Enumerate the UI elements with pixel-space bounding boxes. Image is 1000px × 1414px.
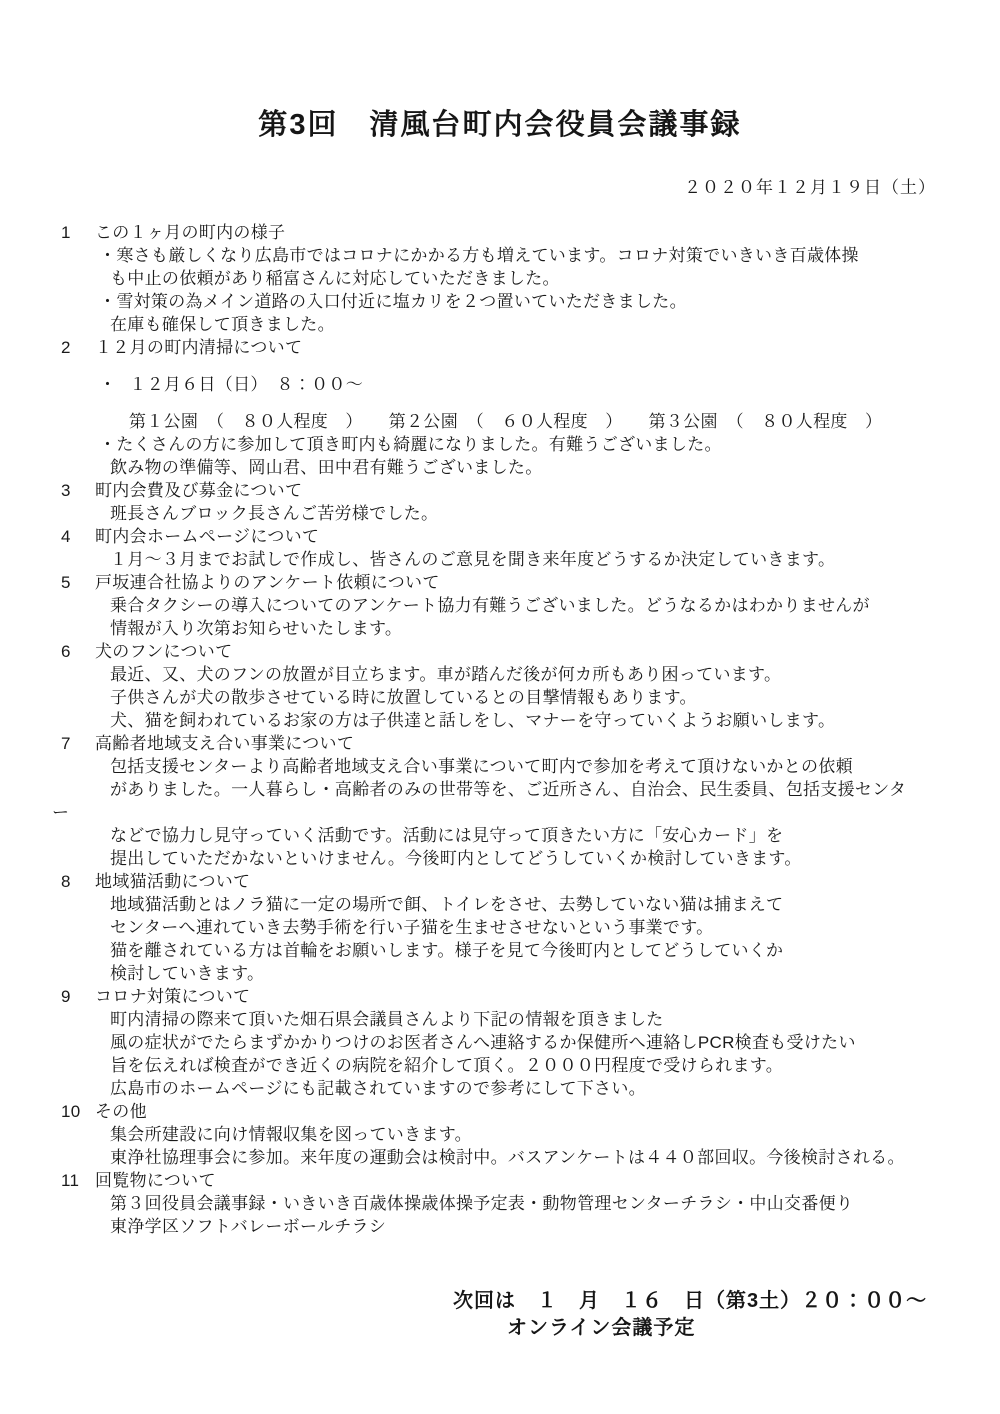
next-meeting-footer: 次回は １ 月 １６ 日（第3土）２０：００～ オンライン会議予定 <box>0 1288 1000 1342</box>
section: 8地域猫活動について地域猫活動とはノラ猫に一定の場所で餌、トイレをさせ、去勢して… <box>0 870 1000 985</box>
section-heading: 8地域猫活動について <box>0 870 1000 893</box>
section-title: 戸坂連合社協よりのアンケート依頼について <box>95 573 440 592</box>
section: 6犬のフンについて最近、又、犬のフンの放置が目立ちます。車が踏んだ後が何カ所もあ… <box>0 640 1000 732</box>
section-heading: 6犬のフンについて <box>0 640 1000 663</box>
section-line: 第３回役員会議事録・いきいき百歳体操歳体操予定表・動物管理センターチラシ・中山交… <box>0 1192 1000 1215</box>
line-text: 東浄学区ソフトバレーボールチラシ <box>110 1217 386 1236</box>
section-title: コロナ対策について <box>95 987 250 1006</box>
bullet-icon: ・ <box>99 375 116 394</box>
section-number: 6 <box>61 640 95 663</box>
line-text: 町内清掃の際来て頂いた畑石県会議員さんより下記の情報を頂きました <box>110 1010 664 1029</box>
section-number: 5 <box>61 571 95 594</box>
section-number: 11 <box>61 1169 95 1192</box>
section-line: 包括支援センターより高齢者地域支え合い事業について町内で参加を考えて頂けないかと… <box>0 755 1000 778</box>
line-text: 子供さんが犬の散歩させている時に放置しているとの目撃情報もあります。 <box>110 688 697 707</box>
section-line: も中止の依頼があり稲富さんに対応していただきました。 <box>0 267 1000 290</box>
line-text: 広島市のホームページにも記載されていますので参考にして下さい。 <box>110 1079 646 1098</box>
section-title: １２月の町内清掃について <box>95 338 302 357</box>
section-line: 乗合タクシーの導入についてのアンケート協力有難うございました。どうなるかはわかり… <box>0 594 1000 617</box>
section-title: 地域猫活動について <box>95 872 250 891</box>
section: 5戸坂連合社協よりのアンケート依頼について乗合タクシーの導入についてのアンケート… <box>0 571 1000 640</box>
document-body: 1この１ヶ月の町内の様子・寒さも厳しくなり広島市ではコロナにかかる方も増えていま… <box>0 221 1000 1238</box>
line-text: 情報が入り次第お知らせいたします。 <box>110 619 402 638</box>
section-line: ー <box>0 801 1000 824</box>
line-text: 飲み物の準備等、岡山君、田中君有難うございました。 <box>110 458 543 477</box>
line-text: 第３回役員会議事録・いきいき百歳体操歳体操予定表・動物管理センターチラシ・中山交… <box>110 1194 853 1213</box>
section-line: １月～３月までお試しで作成し、皆さんのご意見を聞き来年度どうするか決定していきま… <box>0 548 1000 571</box>
line-text: 集会所建設に向け情報収集を図っていきます。 <box>110 1125 472 1144</box>
section-line: 情報が入り次第お知らせいたします。 <box>0 617 1000 640</box>
line-text: たくさんの方に参加して頂き町内も綺麗になりました。有難うございました。 <box>116 435 722 454</box>
section-line: 検討していきます。 <box>0 962 1000 985</box>
line-text: 提出していただかないといけません。今後町内としてどうしていくか検討していきます。 <box>110 849 802 868</box>
section-line: ・１２月６日（日） ８：００～ <box>0 373 1000 396</box>
bullet-icon: ・ <box>99 246 116 265</box>
section-line: 東浄社協理事会に参加。来年度の運動会は検討中。バスアンケートは４４０部回収。今後… <box>0 1146 1000 1169</box>
section: 9コロナ対策について町内清掃の際来て頂いた畑石県会議員さんより下記の情報を頂きま… <box>0 985 1000 1100</box>
section-line: 飲み物の準備等、岡山君、田中君有難うございました。 <box>0 456 1000 479</box>
section: 1この１ヶ月の町内の様子・寒さも厳しくなり広島市ではコロナにかかる方も増えていま… <box>0 221 1000 336</box>
line-text: １月～３月までお試しで作成し、皆さんのご意見を聞き来年度どうするか決定していきま… <box>110 550 835 569</box>
section-number: 2 <box>61 336 95 359</box>
section-line: 子供さんが犬の散歩させている時に放置しているとの目撃情報もあります。 <box>0 686 1000 709</box>
section-number: 10 <box>61 1100 95 1123</box>
section-line: ・雪対策の為メイン道路の入口付近に塩カリを２つ置いていただきました。 <box>0 290 1000 313</box>
line-text: 検討していきます。 <box>110 964 264 983</box>
section-line: 町内清掃の際来て頂いた畑石県会議員さんより下記の情報を頂きました <box>0 1008 1000 1031</box>
line-text: 東浄社協理事会に参加。来年度の運動会は検討中。バスアンケートは４４０部回収。今後… <box>110 1148 905 1167</box>
line-text: ー <box>52 803 69 822</box>
section: 3町内会費及び募金について班長さんブロック長さんご苦労様でした。 <box>0 479 1000 525</box>
document-page: 第3回 清風台町内会役員会議事録 ２０２０年１２月１９日（土） 1この１ヶ月の町… <box>0 0 1000 1414</box>
section-line: 風の症状がでたらまずかかりつけのお医者さんへ連絡するか保健所へ連絡しPCR検査も… <box>0 1031 1000 1054</box>
section-line: 東浄学区ソフトバレーボールチラシ <box>0 1215 1000 1238</box>
section-heading: 3町内会費及び募金について <box>0 479 1000 502</box>
section-line: がありました。一人暮らし・高齢者のみの世帯等を、ご近所さん、自治会、民生委員、包… <box>0 778 1000 801</box>
section-title: 町内会ホームページについて <box>95 527 319 546</box>
section-line: ・たくさんの方に参加して頂き町内も綺麗になりました。有難うございました。 <box>0 433 1000 456</box>
section-line: ・寒さも厳しくなり広島市ではコロナにかかる方も増えています。コロナ対策でいきいき… <box>0 244 1000 267</box>
line-text: 第１公園 （ ８０人程度 ） 第２公園 （ ６０人程度 ） 第３公園 （ ８０人… <box>129 412 882 431</box>
line-text: 寒さも厳しくなり広島市ではコロナにかかる方も増えています。コロナ対策でいきいき百… <box>116 246 859 265</box>
line-text: がありました。一人暮らし・高齢者のみの世帯等を、ご近所さん、自治会、民生委員、包… <box>110 780 906 799</box>
section-number: 1 <box>61 221 95 244</box>
line-text: １２月６日（日） ８：００～ <box>129 375 363 394</box>
section-heading: 5戸坂連合社協よりのアンケート依頼について <box>0 571 1000 594</box>
section-number: 7 <box>61 732 95 755</box>
line-text: 乗合タクシーの導入についてのアンケート協力有難うございました。どうなるかはわかり… <box>110 596 870 615</box>
section: 10その他集会所建設に向け情報収集を図っていきます。東浄社協理事会に参加。来年度… <box>0 1100 1000 1169</box>
section-title: その他 <box>95 1102 147 1121</box>
section-title: 高齢者地域支え合い事業について <box>95 734 354 753</box>
section-line: 最近、又、犬のフンの放置が目立ちます。車が踏んだ後が何カ所もあり困っています。 <box>0 663 1000 686</box>
line-text: センターへ連れていき去勢手術を行い子猫を生ませさせないという事業です。 <box>110 918 713 937</box>
section-heading: 7高齢者地域支え合い事業について <box>0 732 1000 755</box>
next-meeting-date: 次回は １ 月 １６ 日（第3土）２０：００～ <box>0 1288 1000 1315</box>
section-line: センターへ連れていき去勢手術を行い子猫を生ませさせないという事業です。 <box>0 916 1000 939</box>
section-heading: 4町内会ホームページについて <box>0 525 1000 548</box>
section-number: 9 <box>61 985 95 1008</box>
section-number: 3 <box>61 479 95 502</box>
section: 7高齢者地域支え合い事業について包括支援センターより高齢者地域支え合い事業につい… <box>0 732 1000 870</box>
section-line: 広島市のホームページにも記載されていますので参考にして下さい。 <box>0 1077 1000 1100</box>
page-title: 第3回 清風台町内会役員会議事録 <box>0 0 1000 143</box>
section-number: 4 <box>61 525 95 548</box>
line-text: 班長さんブロック長さんご苦労様でした。 <box>110 504 438 523</box>
bullet-icon: ・ <box>99 292 116 311</box>
line-text: 犬、猫を飼われているお家の方は子供達と話しをし、マナーを守っていくようお願いしま… <box>110 711 835 730</box>
section-line: 地域猫活動とはノラ猫に一定の場所で餌、トイレをさせ、去勢していない猫は捕まえて <box>0 893 1000 916</box>
section-heading: 9コロナ対策について <box>0 985 1000 1008</box>
section-title: 回覧物について <box>95 1171 216 1190</box>
document-date: ２０２０年１２月１９日（土） <box>0 173 1000 198</box>
section-title: 犬のフンについて <box>95 642 232 661</box>
section-line: 旨を伝えれば検査ができ近くの病院を紹介して頂く。２０００円程度で受けられます。 <box>0 1054 1000 1077</box>
section: 2１２月の町内清掃について・１２月６日（日） ８：００～第１公園 （ ８０人程度… <box>0 336 1000 479</box>
line-text: 在庫も確保して頂きました。 <box>110 315 335 334</box>
section-heading: 2１２月の町内清掃について <box>0 336 1000 359</box>
line-text: などで協力し見守っていく活動です。活動には見守って頂きたい方に「安心カード」を <box>110 826 783 845</box>
section: 4町内会ホームページについて１月～３月までお試しで作成し、皆さんのご意見を聞き来… <box>0 525 1000 571</box>
line-text: 雪対策の為メイン道路の入口付近に塩カリを２つ置いていただきました。 <box>116 292 687 311</box>
line-text: 最近、又、犬のフンの放置が目立ちます。車が踏んだ後が何カ所もあり困っています。 <box>110 665 781 684</box>
section-heading: 10その他 <box>0 1100 1000 1123</box>
line-text: 旨を伝えれば検査ができ近くの病院を紹介して頂く。２０００円程度で受けられます。 <box>110 1056 783 1075</box>
section-line: 犬、猫を飼われているお家の方は子供達と話しをし、マナーを守っていくようお願いしま… <box>0 709 1000 732</box>
next-meeting-format: オンライン会議予定 <box>0 1315 1000 1342</box>
section-line: 班長さんブロック長さんご苦労様でした。 <box>0 502 1000 525</box>
section-line: 第１公園 （ ８０人程度 ） 第２公園 （ ６０人程度 ） 第３公園 （ ８０人… <box>0 410 1000 433</box>
section-line: 提出していただかないといけません。今後町内としてどうしていくか検討していきます。 <box>0 847 1000 870</box>
section-line: 集会所建設に向け情報収集を図っていきます。 <box>0 1123 1000 1146</box>
section-number: 8 <box>61 870 95 893</box>
section: 11回覧物について第３回役員会議事録・いきいき百歳体操歳体操予定表・動物管理セン… <box>0 1169 1000 1238</box>
line-text: 地域猫活動とはノラ猫に一定の場所で餌、トイレをさせ、去勢していない猫は捕まえて <box>110 895 783 914</box>
section-heading: 1この１ヶ月の町内の様子 <box>0 221 1000 244</box>
section-line: 在庫も確保して頂きました。 <box>0 313 1000 336</box>
line-text: 包括支援センターより高齢者地域支え合い事業について町内で参加を考えて頂けないかと… <box>110 757 853 776</box>
line-text: 風の症状がでたらまずかかりつけのお医者さんへ連絡するか保健所へ連絡しPCR検査も… <box>110 1033 856 1052</box>
section-heading: 11回覧物について <box>0 1169 1000 1192</box>
section-title: 町内会費及び募金について <box>95 481 302 500</box>
bullet-icon: ・ <box>99 435 116 454</box>
line-text: も中止の依頼があり稲富さんに対応していただきました。 <box>110 269 560 288</box>
section-line: などで協力し見守っていく活動です。活動には見守って頂きたい方に「安心カード」を <box>0 824 1000 847</box>
line-text: 猫を離されている方は首輪をお願いします。様子を見て今後町内としてどうしていくか <box>110 941 783 960</box>
section-title: この１ヶ月の町内の様子 <box>95 223 285 242</box>
section-line: 猫を離されている方は首輪をお願いします。様子を見て今後町内としてどうしていくか <box>0 939 1000 962</box>
